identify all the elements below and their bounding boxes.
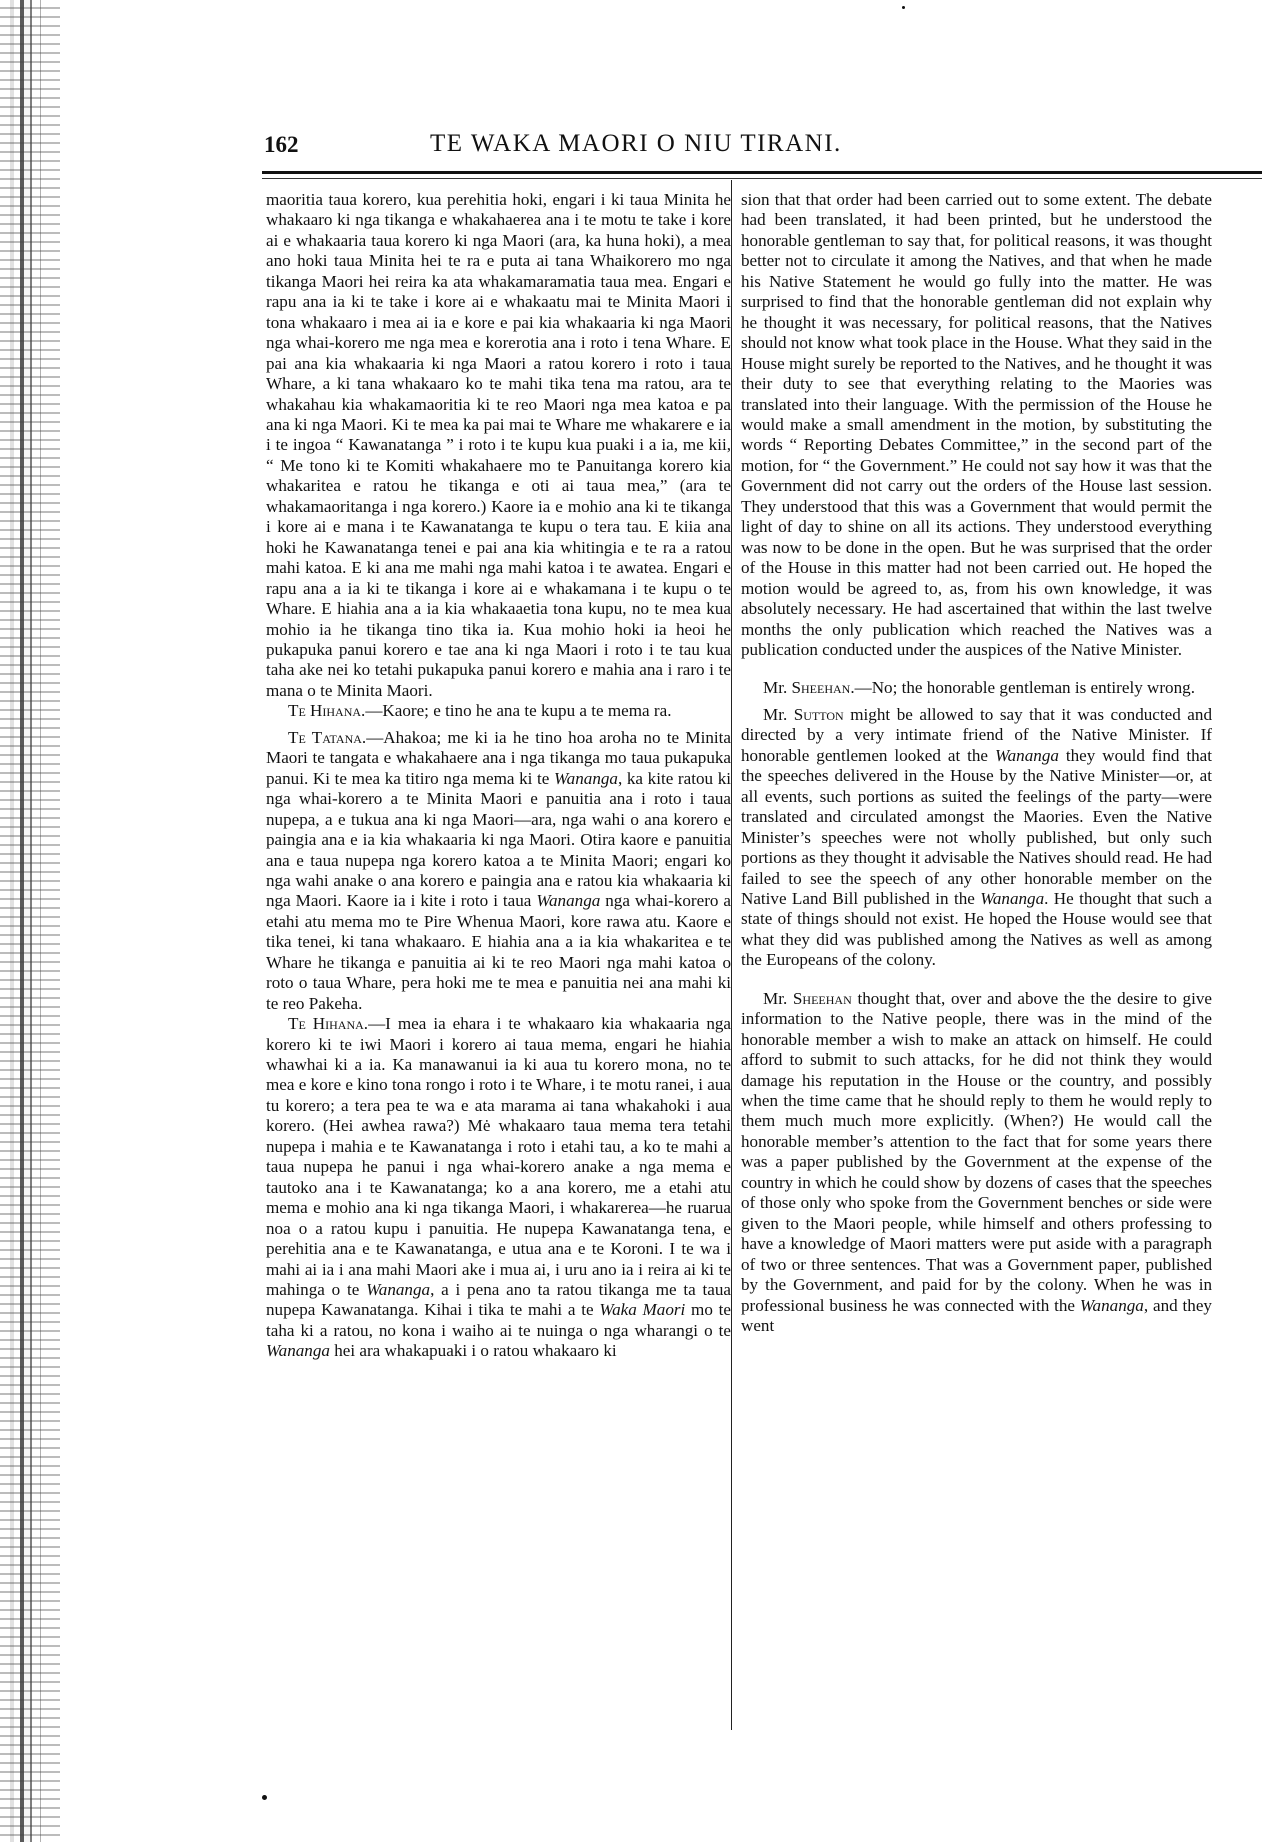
speaker-name: Te Hihana.	[288, 701, 365, 720]
paragraph-sheehan-1: Mr. Sheehan.—No; the honorable gentleman…	[741, 678, 1212, 698]
publication-title: Wananga	[366, 1280, 430, 1299]
running-title: TE WAKA MAORI O NIU TIRANI.	[430, 130, 842, 158]
publication-title: Wananga	[995, 746, 1059, 765]
ink-speck	[902, 6, 905, 9]
speaker-prefix: Mr.	[763, 989, 793, 1008]
header-rule-thick	[262, 171, 1262, 174]
speaker-name: Sheehan	[793, 989, 852, 1008]
publication-title: Wananga	[980, 889, 1044, 908]
paragraph-text: hei ara whakapuaki i o ratou whakaaro ki	[330, 1341, 617, 1360]
paragraph-text: —No; the honorable gentleman is entirely…	[855, 678, 1195, 697]
column-divider	[731, 180, 732, 1730]
page-number: 162	[264, 132, 299, 158]
paragraph-hihana-2: Te Hihana.—I mea ia ehara i te whakaaro …	[266, 1014, 731, 1362]
paragraph-continuation: sion that that order had been carried ou…	[741, 190, 1212, 660]
paragraph-text: , ka kite ratou ki nga whai-korero a te …	[266, 769, 731, 911]
publication-title: Wananga	[536, 891, 600, 910]
speaker-prefix: Mr.	[763, 678, 792, 697]
paragraph-tatana: Te Tatana.—Ahakoa; me ki ia he tino hoa …	[266, 728, 731, 1014]
paragraph-hihana-1: Te Hihana.—Kaore; e tino he ana te kupu …	[266, 701, 731, 721]
publication-title: Wananga	[1080, 1296, 1144, 1315]
paragraph-text: thought that, over and above the the des…	[741, 989, 1212, 1315]
speaker-name: Te Tatana.	[288, 728, 366, 747]
header-rule-thin	[262, 178, 1262, 179]
paragraph-text: —Kaore; e tino he ana te kupu a te mema …	[365, 701, 671, 720]
page-binding-edge	[0, 0, 60, 1842]
publication-title: Waka Maori	[599, 1300, 685, 1319]
publication-title: Wananga	[266, 1341, 330, 1360]
right-column: sion that that order had been carried ou…	[741, 190, 1212, 1336]
paragraph-sutton: Mr. Sutton might be allowed to say that …	[741, 705, 1212, 971]
speaker-name: Sutton	[794, 705, 844, 724]
publication-title: Wananga	[554, 769, 618, 788]
speaker-prefix: Mr.	[763, 705, 794, 724]
ink-speck	[262, 1795, 267, 1800]
left-column: maoritia taua korero, kua perehitia hoki…	[266, 190, 731, 1362]
page-header: 162 TE WAKA MAORI O NIU TIRANI.	[262, 118, 1262, 160]
paragraph-text: —I mea ia ehara i te whakaaro kia whakaa…	[266, 1014, 731, 1299]
paragraph-continuation: maoritia taua korero, kua perehitia hoki…	[266, 190, 731, 701]
paragraph-text: maoritia taua korero, kua perehitia hoki…	[266, 190, 731, 700]
paragraph-sheehan-2: Mr. Sheehan thought that, over and above…	[741, 989, 1212, 1337]
paragraph-text: sion that that order had been carried ou…	[741, 190, 1212, 659]
paragraph-text: they would find that the speeches delive…	[741, 746, 1212, 908]
speaker-name: Te Hihana.	[288, 1014, 368, 1033]
speaker-name: Sheehan.	[792, 678, 855, 697]
